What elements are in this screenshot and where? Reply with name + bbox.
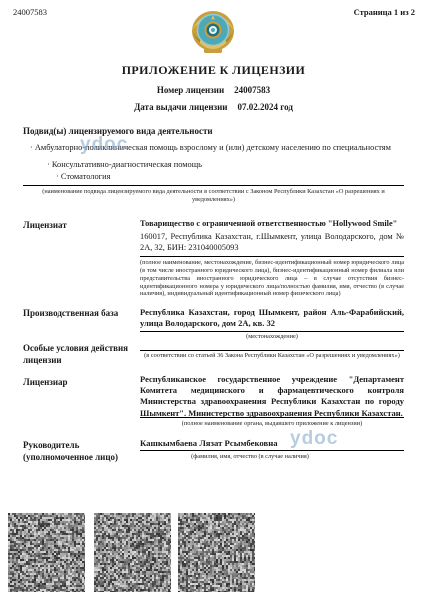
kazakhstan-emblem-icon — [190, 6, 236, 57]
divider-line — [140, 256, 404, 257]
subtypes-heading: Подвид(ы) лицензируемого вида деятельнос… — [23, 126, 213, 136]
special-conditions-note: (в соответствии со статьей 36 Закона Рес… — [140, 352, 404, 360]
special-conditions-label: Особые условия действия лицензии — [23, 343, 135, 366]
license-appendix-page: 24007583 Страница 1 из 2 ПРИЛОЖЕНИЕ К ЛИ… — [0, 0, 427, 600]
qr-code-icon — [94, 513, 171, 592]
licensor-note: (полное наименование органа, выдавшего п… — [140, 420, 404, 428]
subtypes-note: (наименование подвида лицензируемого вид… — [23, 188, 404, 204]
subtype-item: · Амбулаторно-поликлиническая помощь взр… — [30, 143, 391, 152]
licensee-note: (полное наименование, местонахождение, б… — [140, 259, 404, 298]
head-name: Кашкымбаева Лязат Рсымбековна — [140, 438, 404, 451]
divider-line — [140, 350, 404, 351]
head-note: (фамилия, имя, отчество (в случае наличи… — [150, 453, 350, 461]
document-number-header: 24007583 — [13, 7, 47, 17]
page-indicator: Страница 1 из 2 — [354, 7, 415, 17]
licensee-address: 160017, Республика Казахстан, г.Шымкент,… — [140, 232, 404, 253]
issue-date-line: Дата выдачи лицензии07.02.2024 год — [0, 102, 427, 112]
issue-date-value: 07.02.2024 год — [238, 102, 293, 112]
production-base-label: Производственная база — [23, 308, 135, 320]
qr-code-icon — [8, 513, 85, 592]
licensor-label: Лицензиар — [23, 377, 135, 389]
subtype-item: · Стоматология — [56, 172, 110, 181]
license-number-label: Номер лицензии — [157, 85, 224, 95]
divider-line — [140, 417, 404, 418]
divider-line — [23, 185, 404, 186]
qr-code-icon — [178, 513, 255, 592]
production-base-note: (местонахождение) — [140, 333, 404, 341]
subtype-item: · Консультативно-диагностическая помощь — [47, 160, 202, 169]
page-title: ПРИЛОЖЕНИЕ К ЛИЦЕНЗИИ — [0, 63, 427, 78]
head-label-line1: Руководитель — [23, 440, 135, 452]
special-conditions-label-text: Особые условия действия лицензии — [23, 343, 135, 366]
licensor-value: Республиканское государственное учрежден… — [140, 374, 404, 419]
issue-date-label: Дата выдачи лицензии — [134, 102, 227, 112]
head-label: Руководитель (уполномоченное лицо) — [23, 440, 135, 463]
production-base-value: Республика Казахстан, город Шымкент, рай… — [140, 307, 404, 329]
license-number-value: 24007583 — [234, 85, 270, 95]
license-number-line: Номер лицензии24007583 — [0, 85, 427, 95]
head-label-line2: (уполномоченное лицо) — [23, 452, 135, 464]
licensee-label: Лицензиат — [23, 220, 135, 232]
divider-line — [140, 331, 404, 332]
licensee-name: Товарищество с ограниченной ответственно… — [140, 219, 404, 228]
